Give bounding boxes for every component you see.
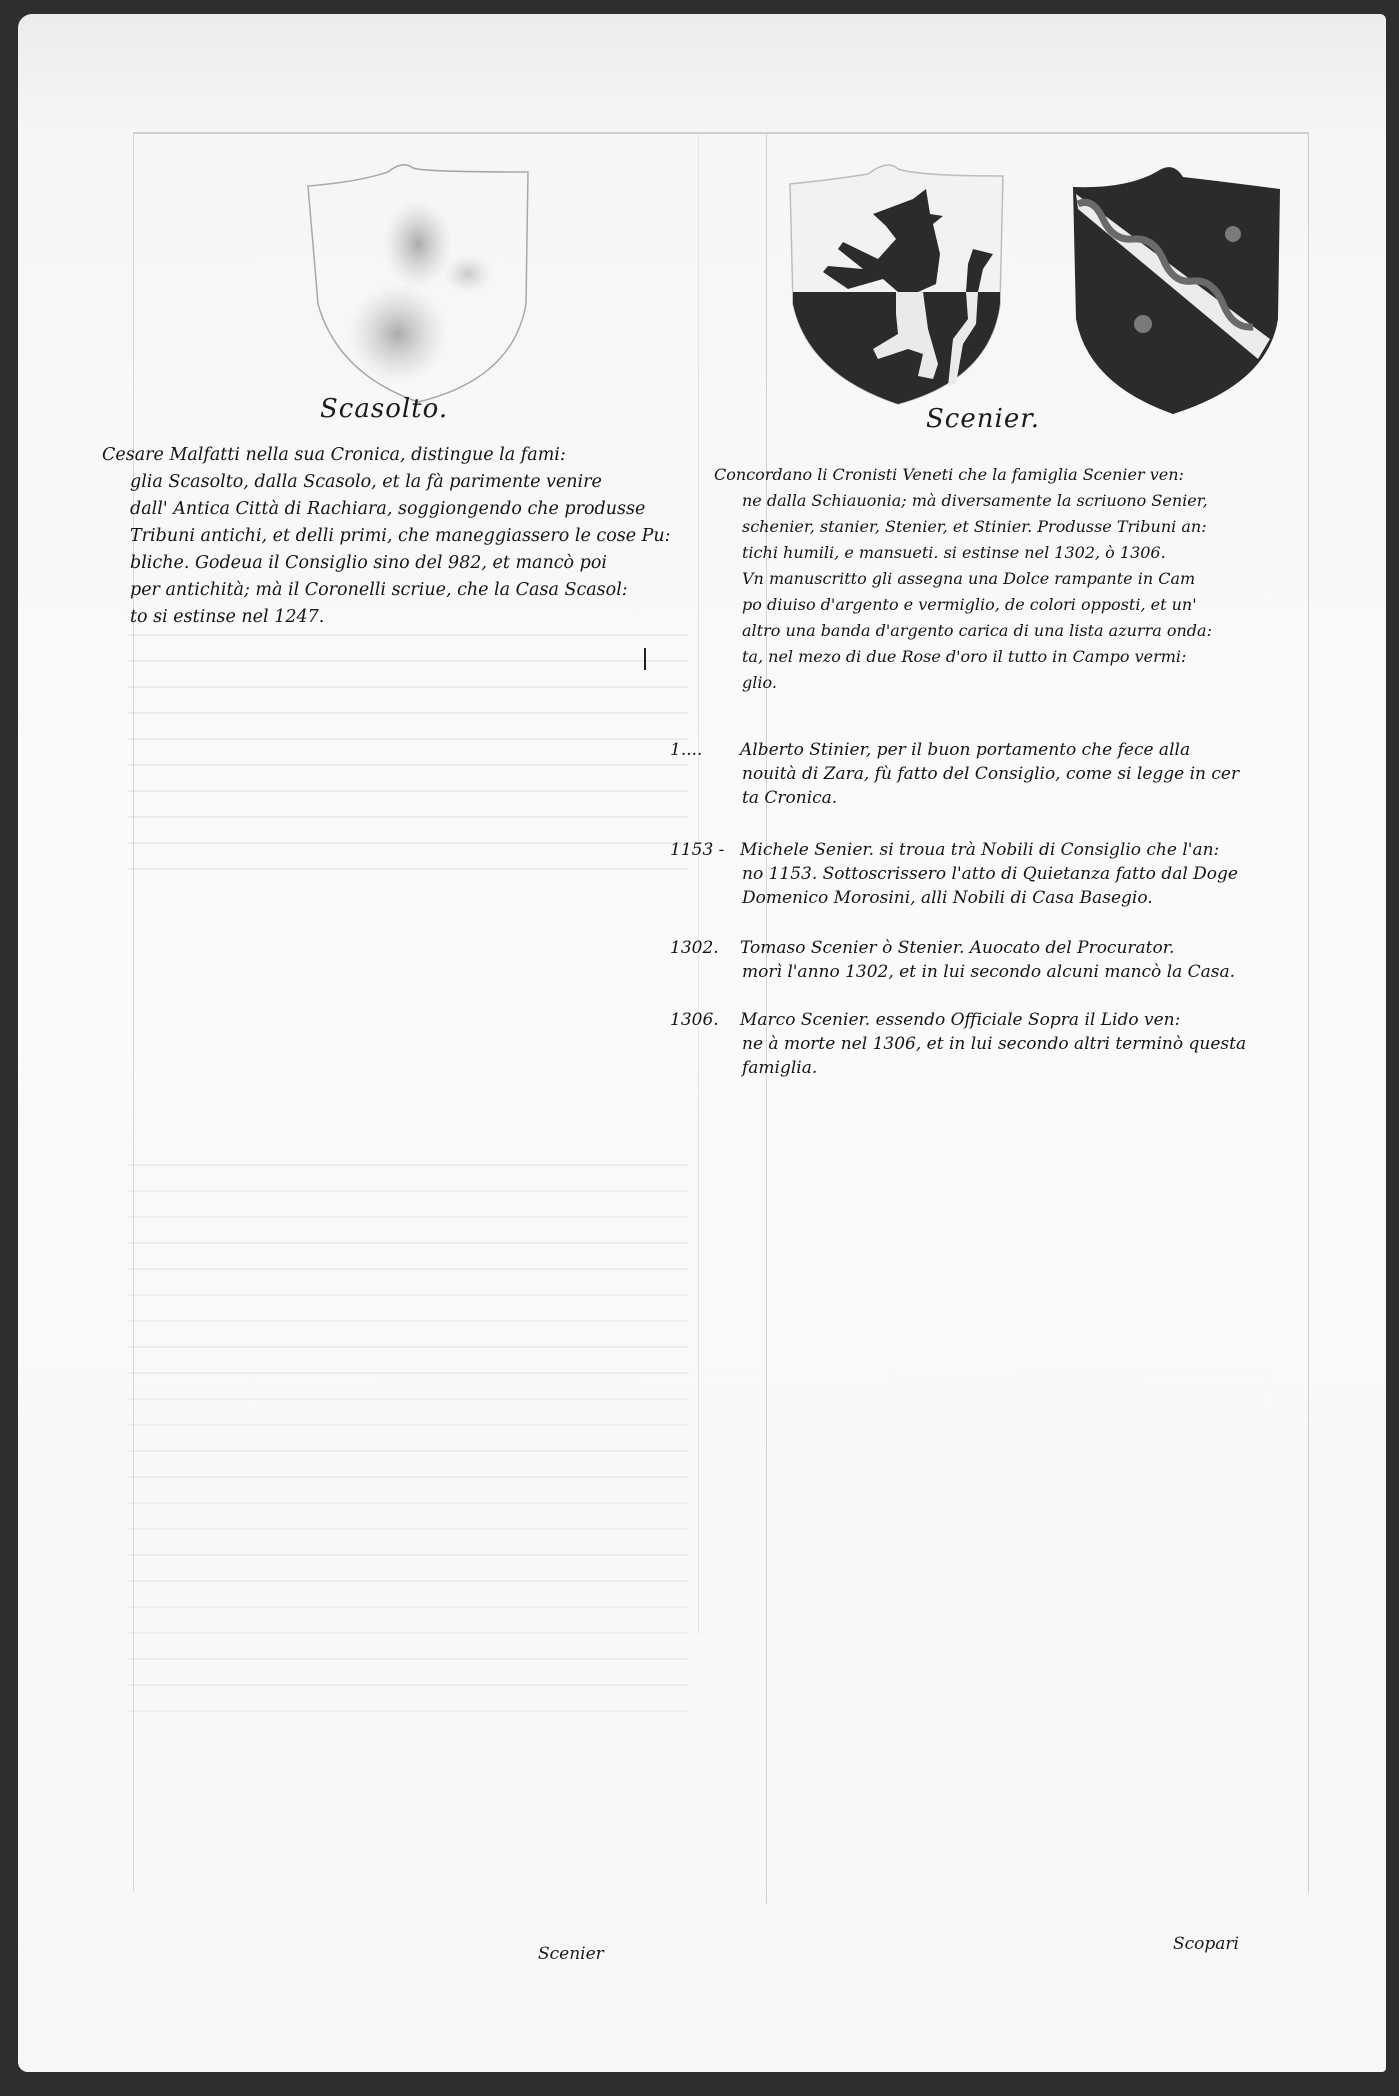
text-line: nouità di Zara, fù fatto del Consiglio, … [740,762,1239,786]
text-line: altro una banda d'argento carica di una … [714,618,1212,644]
ruled-frame-top [133,132,1309,134]
text-line: ne à morte nel 1306, et in lui secondo a… [740,1032,1246,1056]
scenier-shield-bend-icon [1048,159,1288,419]
text-line: Tomaso Scenier ò Stenier. Auocato del Pr… [740,936,1235,960]
family-title-scenier: Scenier. [926,404,1040,434]
bleed-through-left [128,634,688,874]
text-line: bliche. Godeua il Consiglio sino del 982… [102,550,671,577]
scenier-description: Concordano li Cronisti Veneti che la fam… [714,462,1212,696]
manuscript-page: Scasolto. Scenier. Cesare Malfatti nella… [18,14,1386,2072]
text-line: Marco Scenier. essendo Officiale Sopra i… [740,1008,1246,1032]
bleed-through-left-lower [128,1164,688,1724]
text-line: famiglia. [740,1056,1246,1080]
text-line: tichi humili, e mansueti. si estinse nel… [714,540,1212,566]
text-line: Vn manuscritto gli assegna una Dolce ram… [714,566,1212,592]
ruled-frame-right [1308,132,1309,1892]
catchword-right: Scopari [1173,1934,1239,1954]
text-line: glia Scasolto, dalla Scasolo, et la fà p… [102,469,671,496]
scasolto-description: Cesare Malfatti nella sua Cronica, disti… [102,442,671,631]
ink-mark [644,648,646,670]
text-line: ta Cronica. [740,786,1239,810]
text-line: morì l'anno 1302, et in lui secondo alcu… [740,960,1235,984]
entry-year: 1302. [670,936,730,960]
text-line: Cesare Malfatti nella sua Cronica, disti… [102,442,671,469]
text-line: Concordano li Cronisti Veneti che la fam… [714,462,1212,488]
entry-year: 1153 - [670,838,730,862]
text-line: Domenico Morosini, alli Nobili di Casa B… [740,886,1238,910]
text-line: to si estinse nel 1247. [102,604,671,631]
faint-ruling [698,134,699,1634]
text-line: Alberto Stinier, per il buon portamento … [740,738,1239,762]
text-line: schenier, stanier, Stenier, et Stinier. … [714,514,1212,540]
text-line: no 1153. Sottoscrissero l'atto di Quieta… [740,862,1238,886]
text-line: per antichità; mà il Coronelli scriue, c… [102,577,671,604]
entry-year: 1306. [670,1008,730,1032]
entry-year: 1.... [670,738,730,762]
text-line: ta, nel mezo di due Rose d'oro il tutto … [714,644,1212,670]
catchword-left: Scenier [538,1944,604,1964]
family-title-scasolto: Scasolto. [320,394,448,424]
text-line: glio. [714,670,1212,696]
scasolto-shield-icon [288,154,538,414]
text-line: Tribuni antichi, et delli primi, che man… [102,523,671,550]
text-line: ne dalla Schiauonia; mà diversamente la … [714,488,1212,514]
text-line: Michele Senier. si troua trà Nobili di C… [740,838,1238,862]
text-line: po diuiso d'argento e vermiglio, de colo… [714,592,1212,618]
scenier-shield-beast-icon [778,154,1018,414]
text-line: dall' Antica Città di Rachiara, soggiong… [102,496,671,523]
